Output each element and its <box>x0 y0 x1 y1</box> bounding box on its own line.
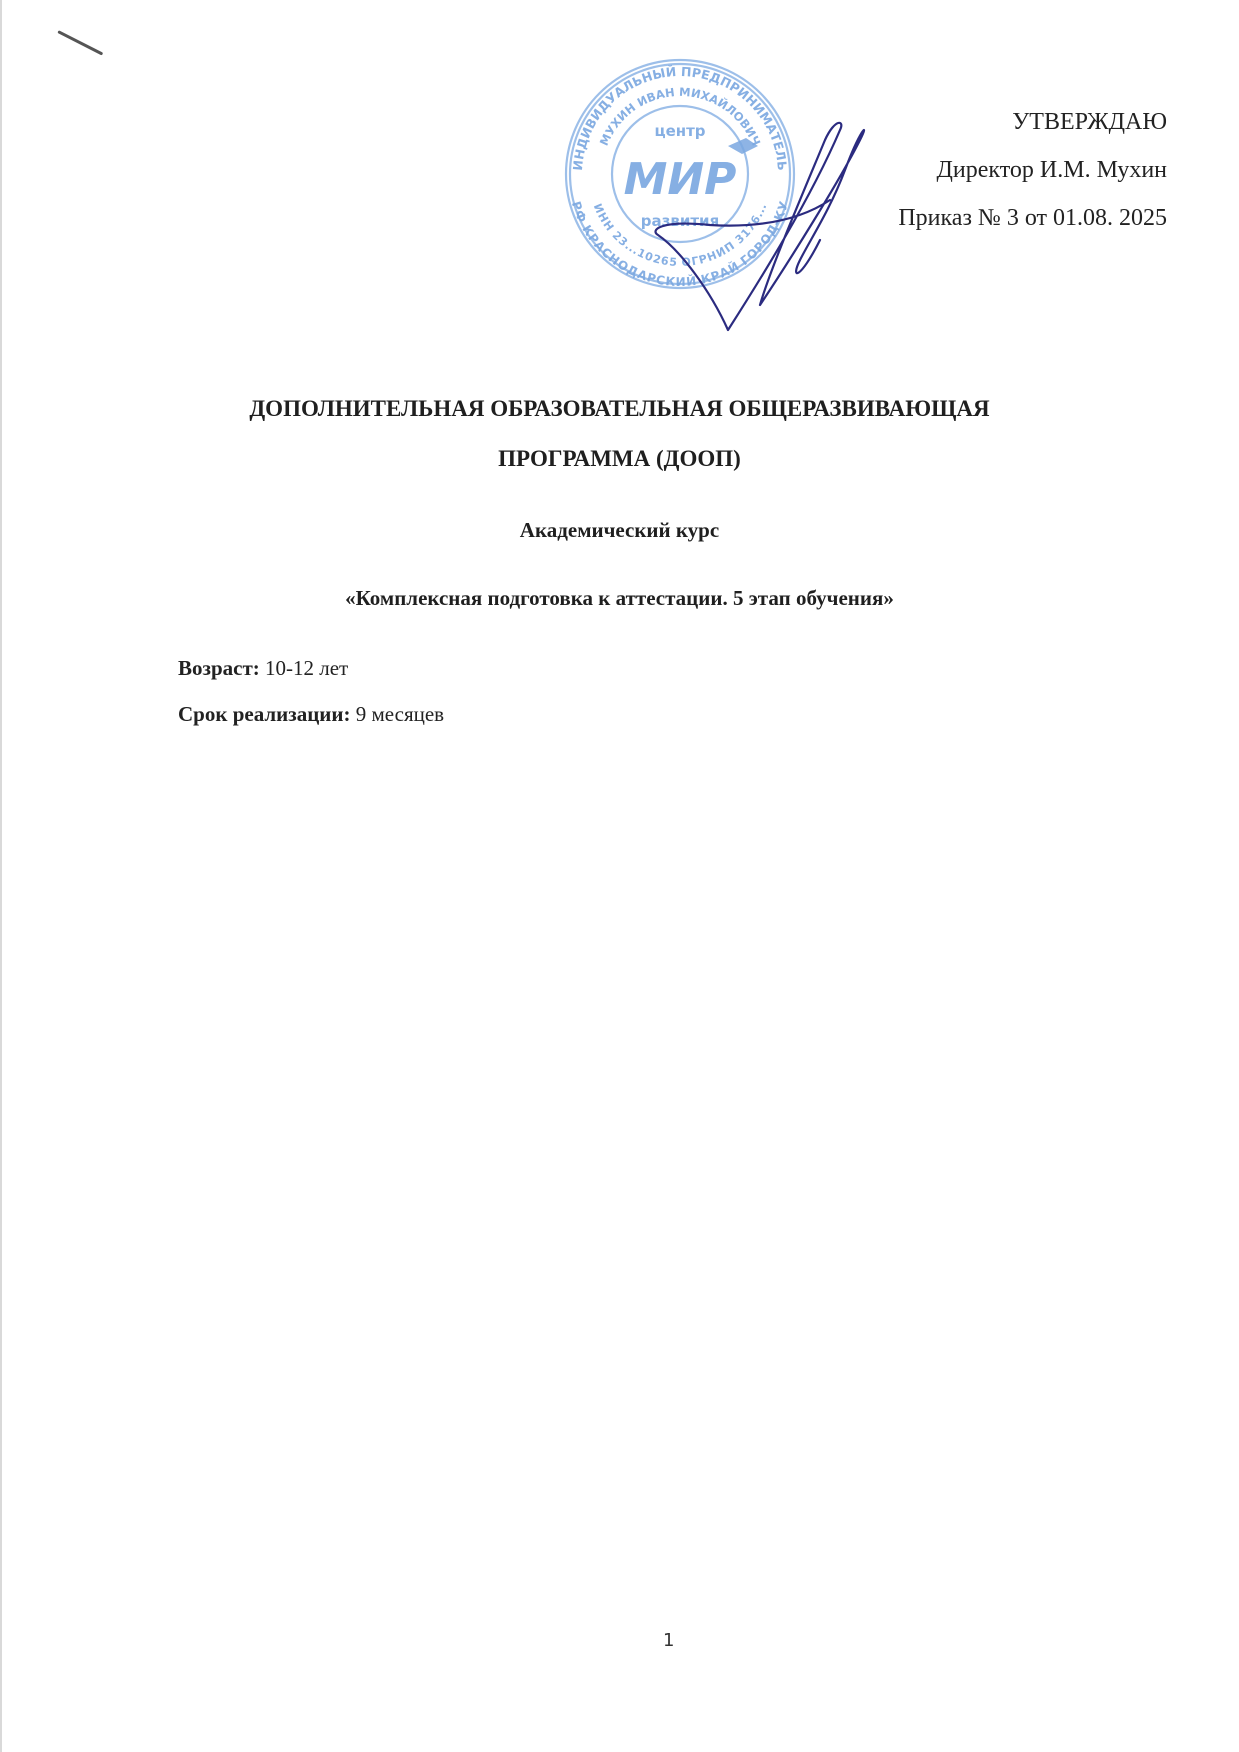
document-title-line1: ДОПОЛНИТЕЛЬНАЯ ОБРАЗОВАТЕЛЬНАЯ ОБЩЕРАЗВИ… <box>0 396 1239 422</box>
approval-block: УТВЕРЖДАЮ Директор И.М. Мухин Приказ № 3… <box>898 98 1167 242</box>
director-signature <box>640 120 880 350</box>
duration-row: Срок реализации: 9 месяцев <box>178 702 444 727</box>
age-label: Возраст: <box>178 656 260 680</box>
age-value: 10-12 лет <box>260 656 348 680</box>
page-number: 1 <box>663 1630 674 1651</box>
approval-order: Приказ № 3 от 01.08. 2025 <box>898 194 1167 242</box>
scan-mark <box>57 30 103 55</box>
duration-label: Срок реализации: <box>178 702 351 726</box>
duration-value: 9 месяцев <box>351 702 445 726</box>
age-row: Возраст: 10-12 лет <box>178 656 348 681</box>
document-title-line2: ПРОГРАММА (ДООП) <box>0 446 1239 472</box>
course-name: «Комплексная подготовка к аттестации. 5 … <box>0 586 1239 611</box>
approval-heading: УТВЕРЖДАЮ <box>898 98 1167 146</box>
approval-director: Директор И.М. Мухин <box>898 146 1167 194</box>
page-edge <box>0 0 2 1752</box>
course-type: Академический курс <box>0 518 1239 543</box>
